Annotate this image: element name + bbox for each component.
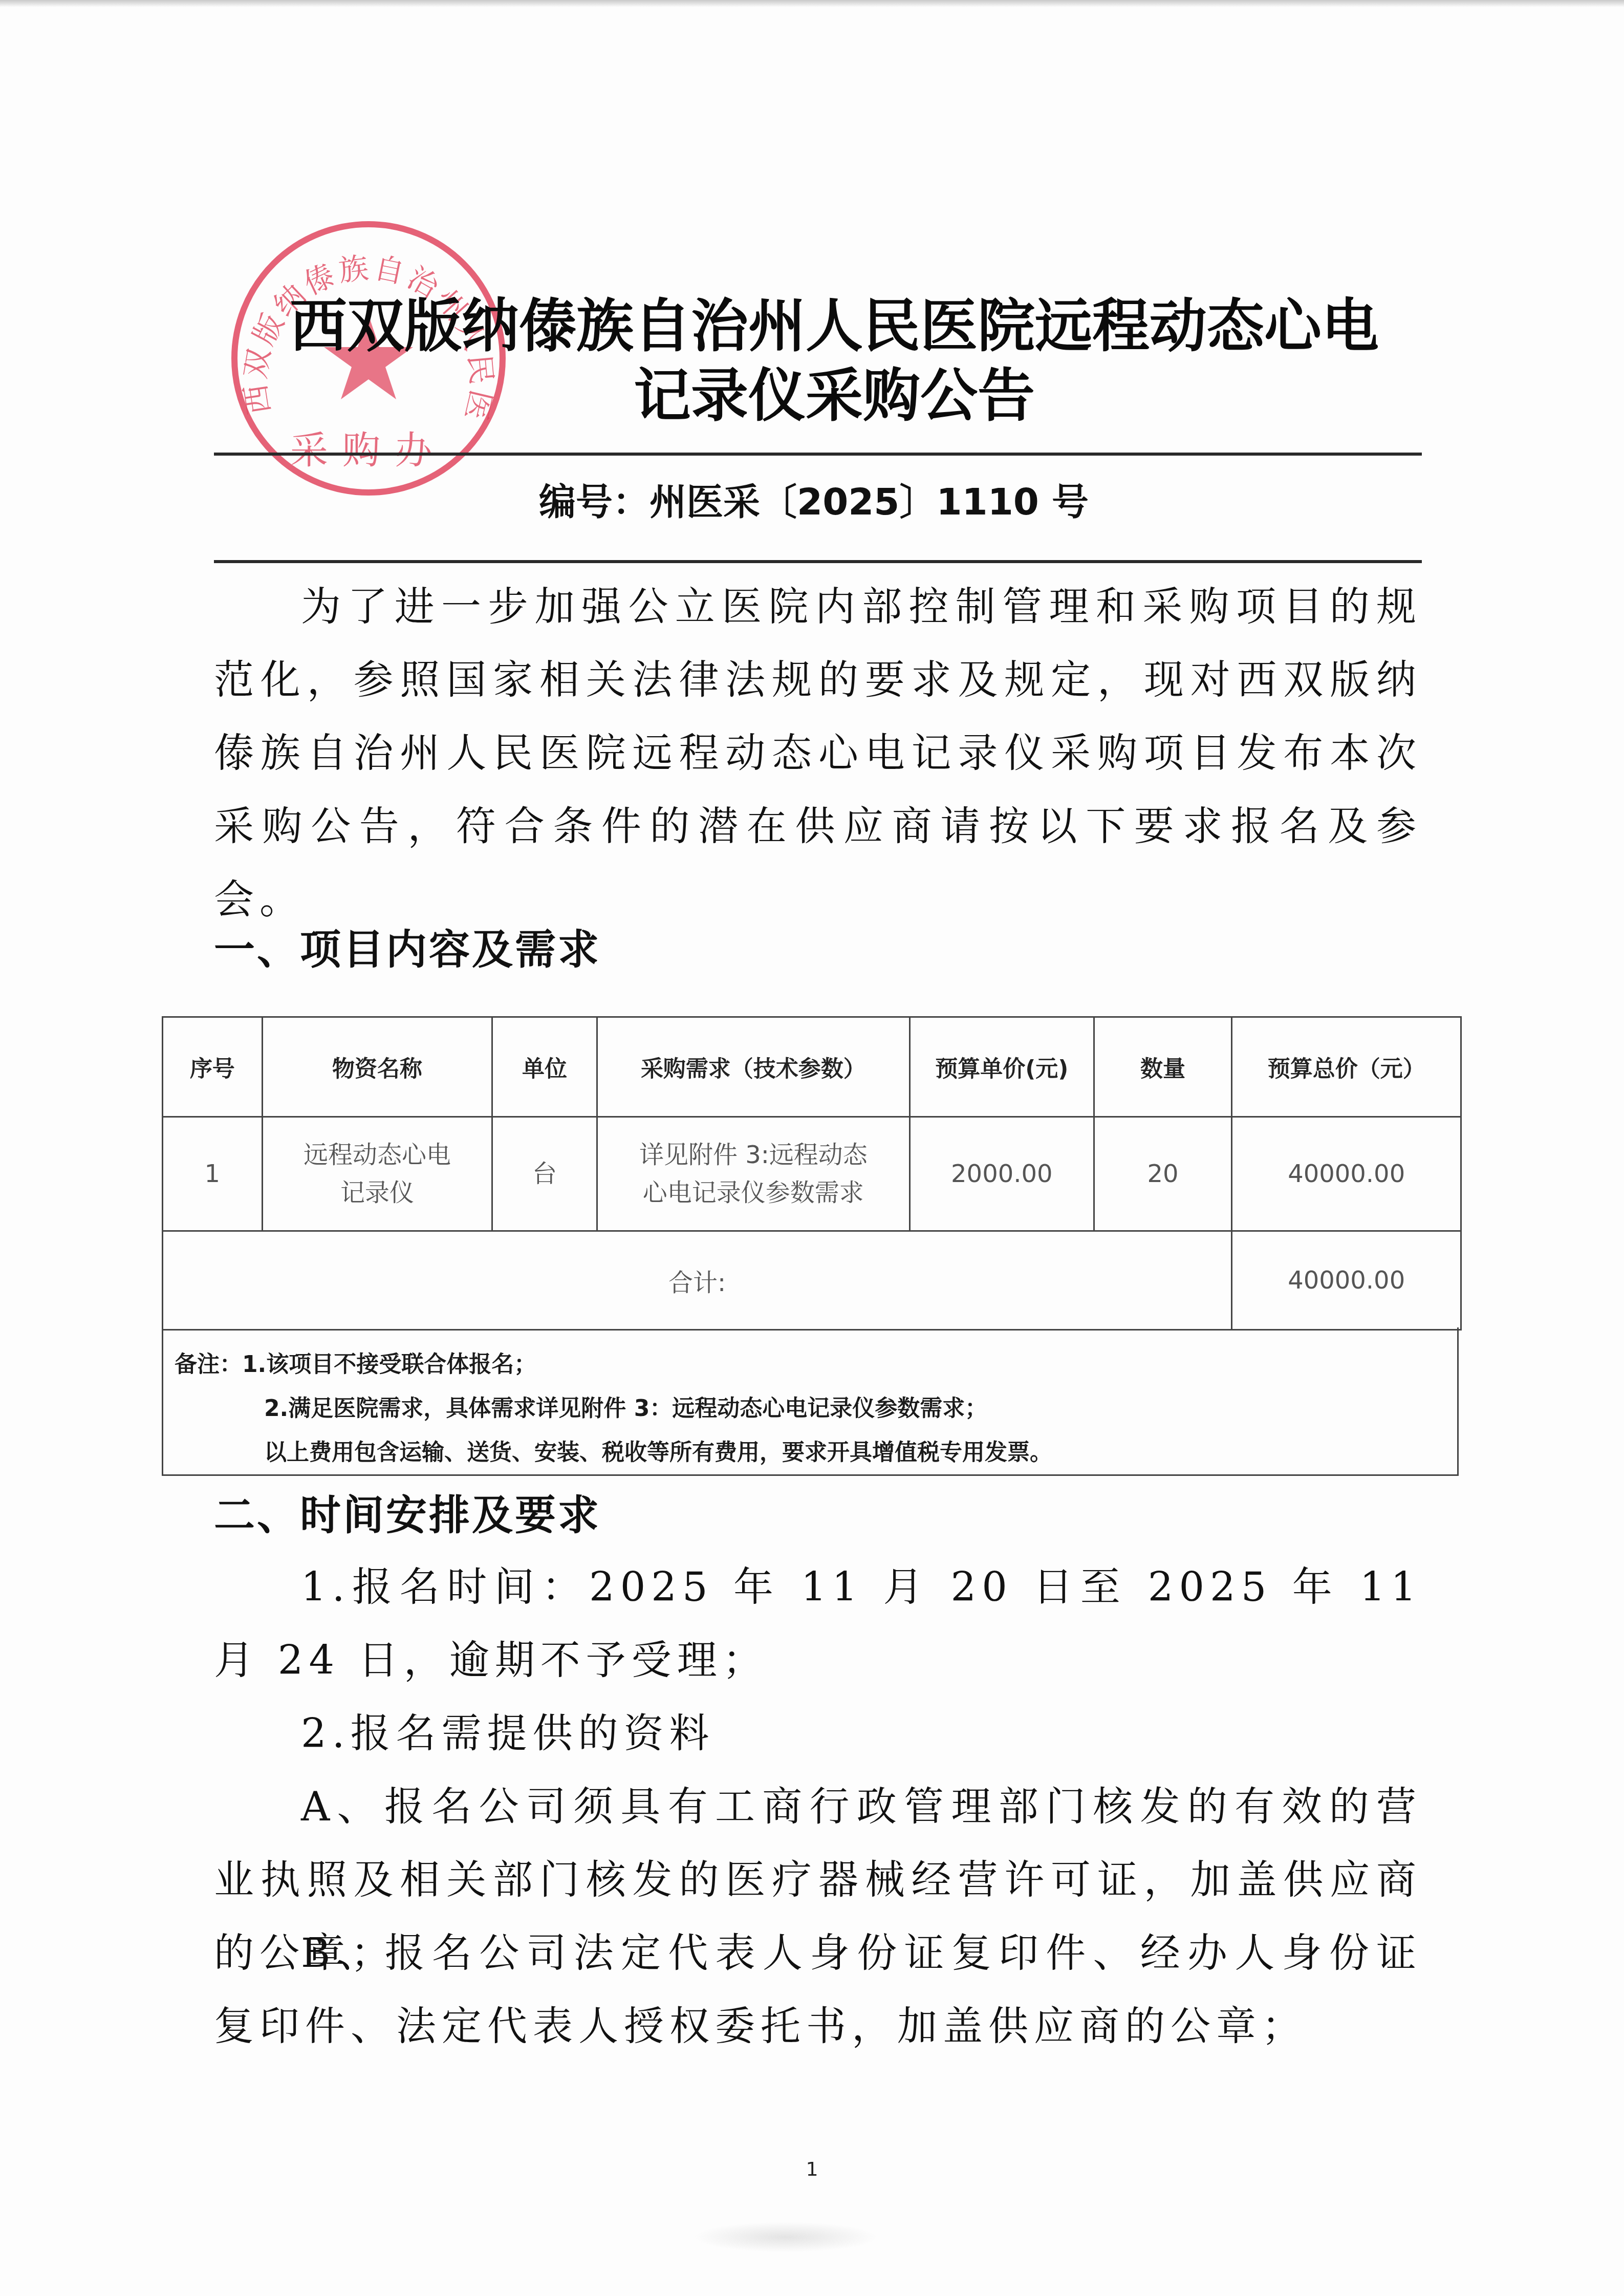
item-name-line-2: 记录仪 xyxy=(263,1174,491,1212)
page-number: 1 xyxy=(0,2158,1624,2180)
requirements-line-2: 心电记录仪参数需求 xyxy=(598,1174,909,1212)
col-header-total-price: 预算总价（元） xyxy=(1232,1017,1461,1117)
intro-paragraph: 为了进一步加强公立医院内部控制管理和采购项目的规范化，参照国家相关法律法规的要求… xyxy=(214,571,1422,937)
registration-time: 1.报名时间：2025 年 11 月 20 日至 2025 年 11 月 24 … xyxy=(214,1551,1422,1698)
requirements-line-1: 详见附件 3:远程动态 xyxy=(598,1136,909,1174)
cell-unit: 台 xyxy=(492,1117,597,1231)
cell-quantity: 20 xyxy=(1094,1117,1232,1231)
note-line-1: 备注：1.该项目不接受联合体报名； xyxy=(175,1343,1457,1387)
requirement-b: B、报名公司法定代表人身份证复印件、经办人身份证复印件、法定代表人授权委托书，加… xyxy=(214,1917,1422,2064)
cell-unit-price: 2000.00 xyxy=(910,1117,1094,1231)
document-number: 编号：州医采〔2025〕1110 号 xyxy=(205,476,1423,527)
total-label: 合计: xyxy=(163,1231,1232,1330)
col-header-requirements: 采购需求（技术参数） xyxy=(597,1017,910,1117)
title-line-1: 西双版纳傣族自治州人民医院远程动态心电 xyxy=(290,293,1379,360)
cell-index: 1 xyxy=(163,1117,263,1231)
header-divider-bottom xyxy=(214,560,1422,563)
procurement-table: 序号 物资名称 单位 采购需求（技术参数） 预算单价(元) 数量 预算总价（元）… xyxy=(162,1016,1462,1331)
col-header-unit-price: 预算单价(元) xyxy=(910,1017,1094,1117)
cell-requirements: 详见附件 3:远程动态 心电记录仪参数需求 xyxy=(597,1117,910,1231)
col-header-unit: 单位 xyxy=(492,1017,597,1117)
section-heading-1: 一、项目内容及需求 xyxy=(214,921,601,978)
seal-bottom-text: 采购办 xyxy=(290,428,447,473)
page-title: 西双版纳傣族自治州人民医院远程动态心电 记录仪采购公告 xyxy=(246,292,1423,431)
note-line-2: 2.满足医院需求，具体需求详见附件 3：远程动态心电记录仪参数需求； xyxy=(175,1387,1457,1431)
col-header-quantity: 数量 xyxy=(1094,1017,1232,1117)
header-divider-top xyxy=(214,453,1422,456)
table-header-row: 序号 物资名称 单位 采购需求（技术参数） 预算单价(元) 数量 预算总价（元） xyxy=(163,1017,1461,1117)
table-notes: 备注：1.该项目不接受联合体报名； 2.满足医院需求，具体需求详见附件 3：远程… xyxy=(162,1327,1459,1476)
cell-item-name: 远程动态心电 记录仪 xyxy=(262,1117,492,1231)
section-heading-2: 二、时间安排及要求 xyxy=(214,1487,601,1543)
title-line-2: 记录仪采购公告 xyxy=(246,361,1423,431)
total-value: 40000.00 xyxy=(1232,1231,1461,1330)
note-line-3: 以上费用包含运输、送货、安装、税收等所有费用，要求开具增值税专用发票。 xyxy=(175,1431,1457,1475)
scan-smudge xyxy=(694,2222,878,2252)
col-header-index: 序号 xyxy=(163,1017,263,1117)
scan-edge-shadow xyxy=(0,0,1624,7)
required-materials-heading: 2.报名需提供的资料 xyxy=(214,1698,1422,1771)
col-header-item-name: 物资名称 xyxy=(262,1017,492,1117)
document-page: 西双版纳傣族自治州人民医院 采购办 西双版纳傣族自治州人民医院远程动态心电 记录… xyxy=(0,0,1624,2296)
item-name-line-1: 远程动态心电 xyxy=(263,1136,491,1174)
cell-total-price: 40000.00 xyxy=(1232,1117,1461,1231)
table-total-row: 合计: 40000.00 xyxy=(163,1231,1461,1330)
table-row: 1 远程动态心电 记录仪 台 详见附件 3:远程动态 心电记录仪参数需求 200… xyxy=(163,1117,1461,1231)
